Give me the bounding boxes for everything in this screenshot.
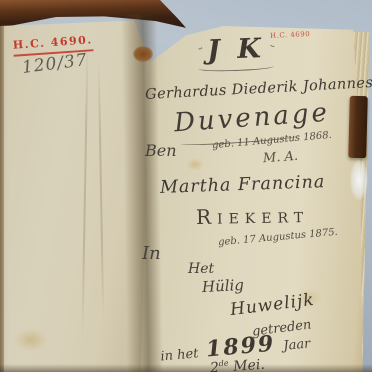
wax-stain xyxy=(133,46,153,62)
page-stain xyxy=(14,328,48,352)
word-in: In xyxy=(142,245,161,263)
bottom-shadow xyxy=(0,364,372,372)
book-gutter-shadow xyxy=(121,14,163,372)
book-clasp xyxy=(348,96,368,158)
monogram: -· J K ·- xyxy=(186,34,287,64)
cover-left-edge xyxy=(0,26,4,372)
page-stain xyxy=(186,158,204,171)
light-reflection xyxy=(350,160,368,200)
handwritten-initials: M. A. xyxy=(263,150,299,165)
monogram-flourish-left: -· xyxy=(198,44,202,54)
monogram-initials: J K xyxy=(207,33,266,66)
bride-surname: Riekert xyxy=(196,203,310,229)
book-photo: H.C. 4690. 120/37 H.C. 4690 -· J K ·- Ge… xyxy=(0,0,372,372)
word-ben: Ben xyxy=(145,143,177,159)
word-heilig: Hülig xyxy=(202,278,245,295)
word-het: Het xyxy=(188,262,214,276)
monogram-flourish-right: ·- xyxy=(270,42,274,52)
year-suffix: Jaar xyxy=(283,336,311,353)
